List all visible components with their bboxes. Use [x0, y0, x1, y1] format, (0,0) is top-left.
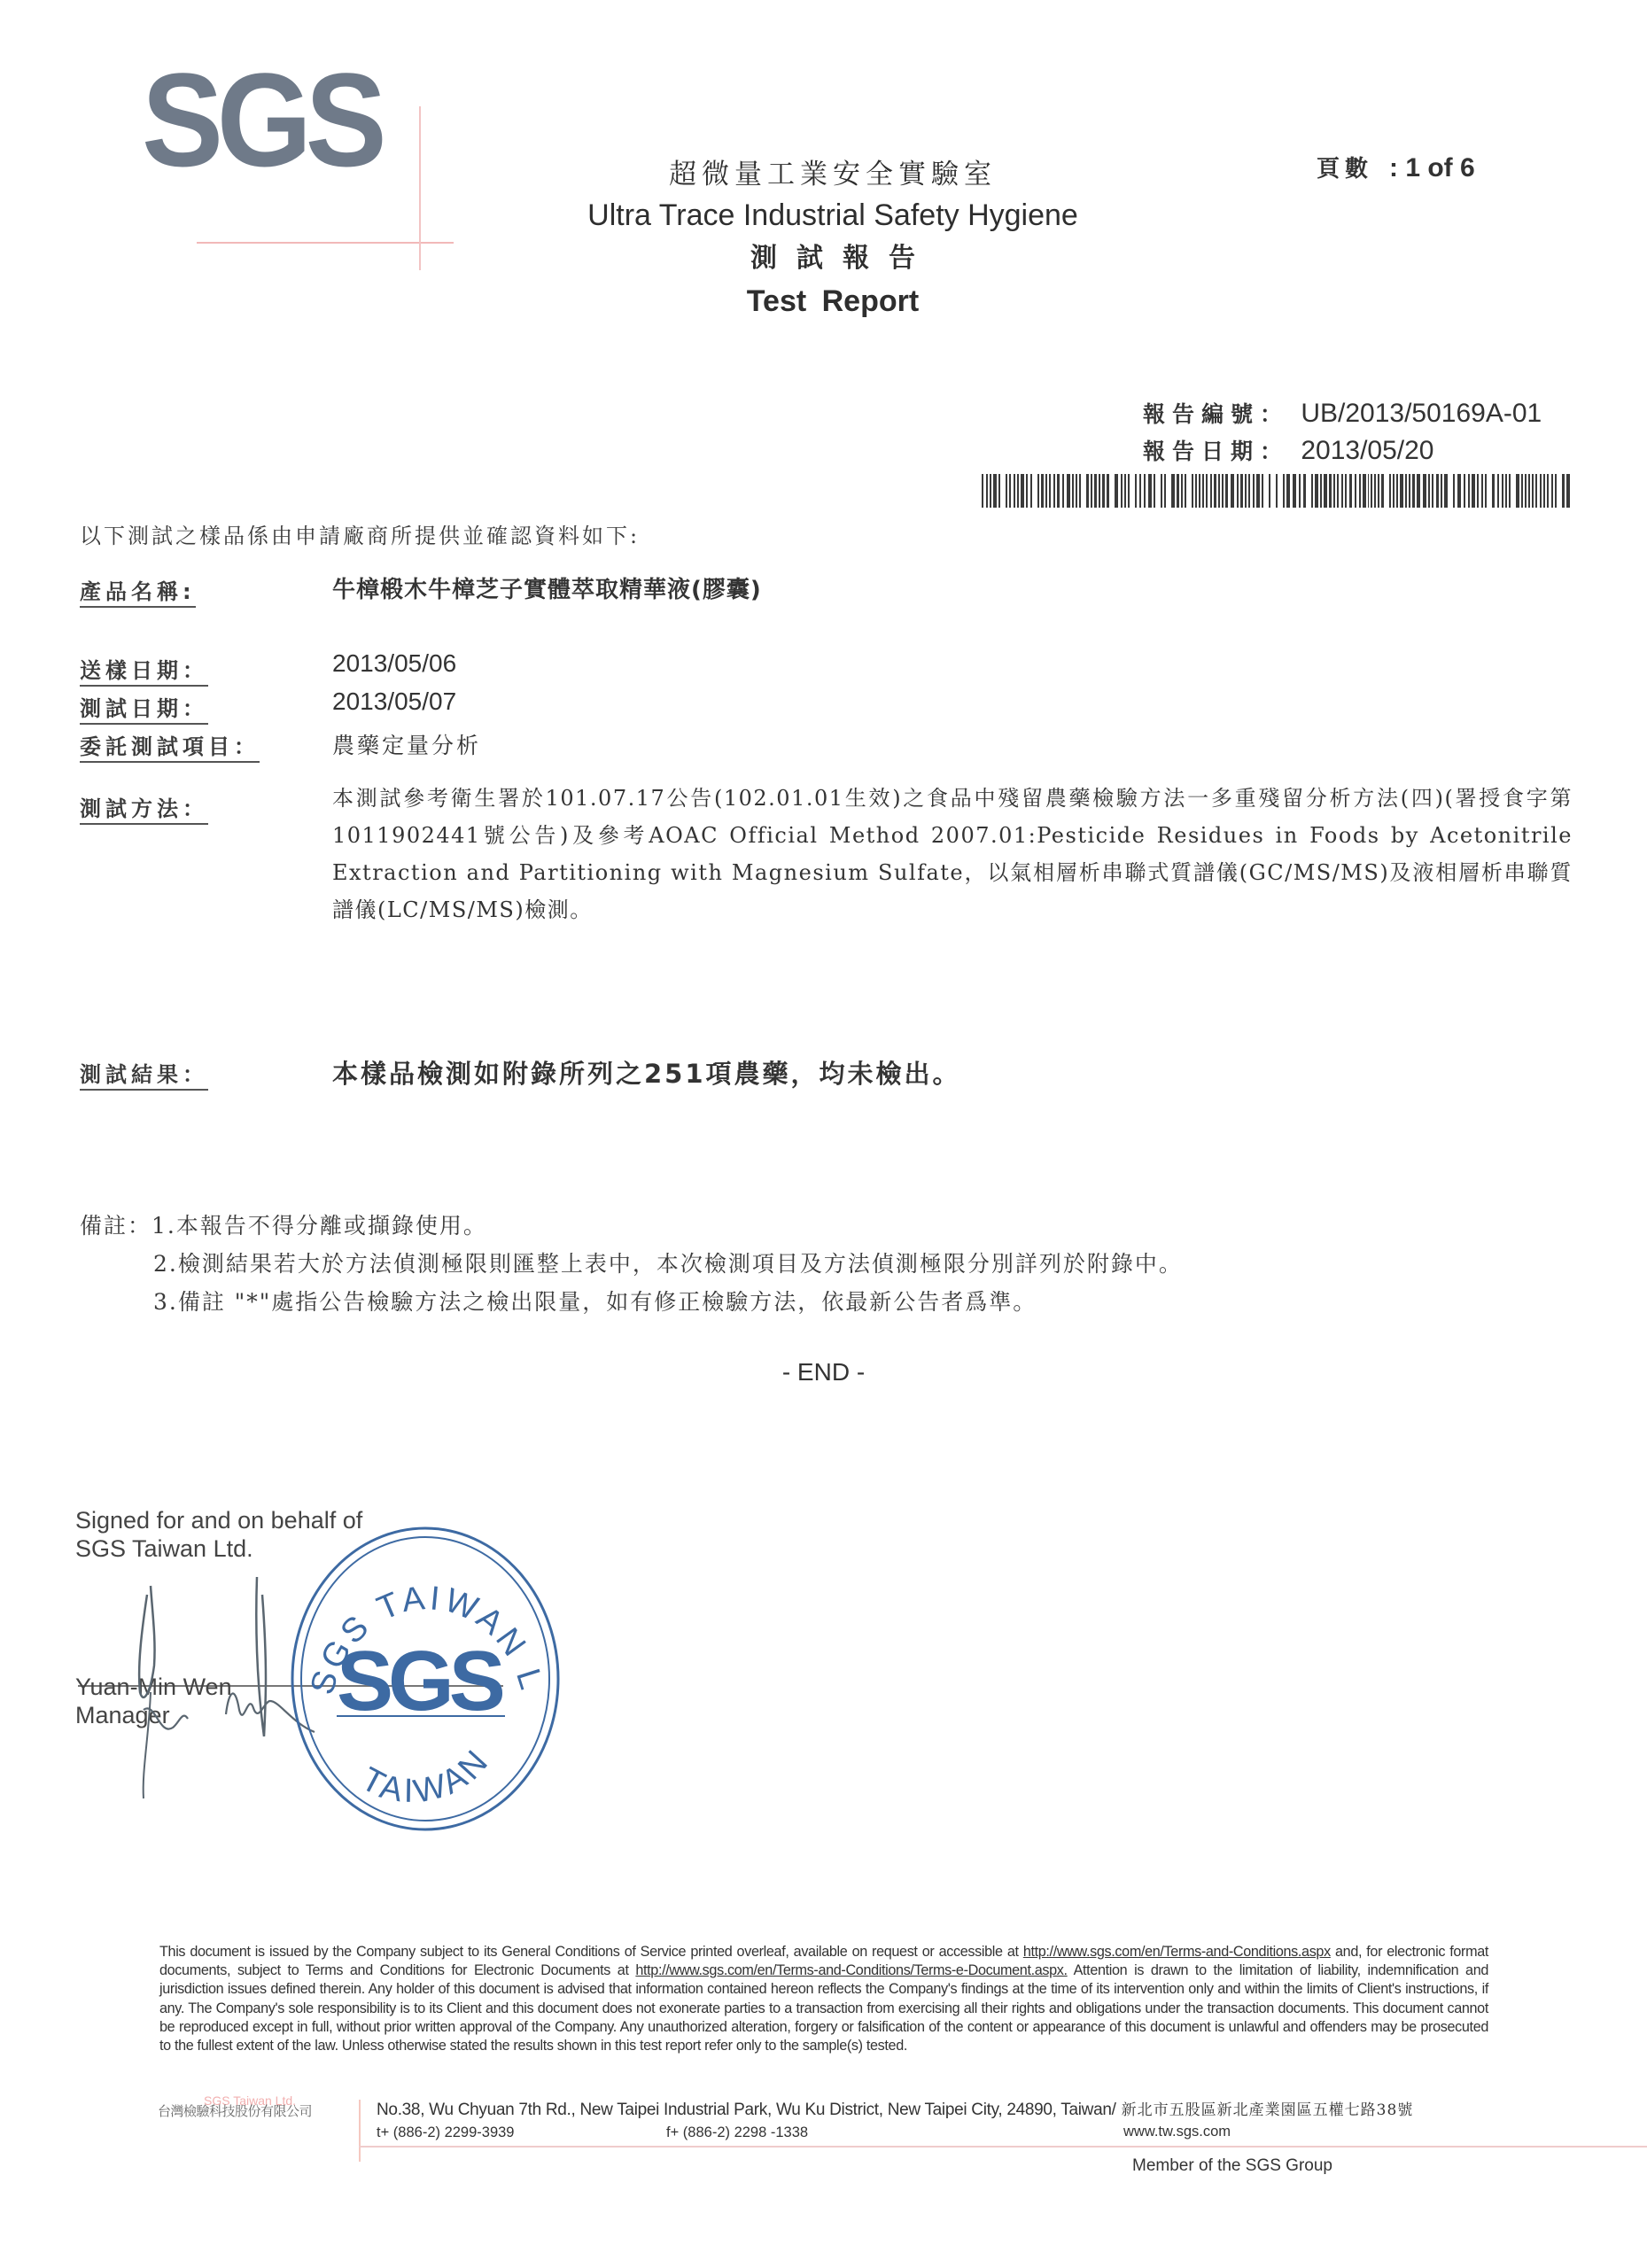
- barcode-bar: [1521, 474, 1523, 508]
- barcode-bar: [1009, 474, 1011, 508]
- barcode-bar: [1532, 474, 1534, 508]
- test-item-label: 委託測試項目：: [80, 729, 260, 763]
- barcode-bar: [982, 474, 983, 508]
- received-date-label: 送樣日期：: [80, 653, 208, 687]
- report-date: 報告日期： 2013/05/20: [1143, 434, 1434, 466]
- barcode-bar: [1436, 474, 1439, 508]
- barcode-bar: [1441, 474, 1442, 508]
- barcode-bar: [1094, 474, 1097, 508]
- barcode-bar: [1045, 474, 1047, 508]
- barcode-bar: [1555, 474, 1557, 508]
- barcode-bar: [1062, 474, 1064, 508]
- barcode-bar: [1453, 474, 1455, 508]
- barcode-bar: [1248, 474, 1250, 508]
- barcode-bar: [1374, 474, 1376, 508]
- barcode-bar: [1409, 474, 1410, 508]
- note-1-text: 1.本報告不得分離或擷錄使用。: [151, 1213, 487, 1239]
- intro-text: 以下測試之樣品係由申請廠商所提供並確認資料如下:: [80, 518, 640, 549]
- barcode-bar: [1262, 474, 1263, 508]
- barcode-bar: [1562, 474, 1565, 508]
- barcode-bar: [1324, 474, 1327, 508]
- barcode-bar: [1337, 474, 1339, 508]
- barcode-bar: [1086, 474, 1089, 508]
- disclaimer-part1: This document is issued by the Company s…: [159, 1944, 1023, 1960]
- logo-guide-line: [197, 242, 454, 244]
- barcode-bar: [1154, 474, 1155, 508]
- footer-address-zh: 新北市五股區新北產業園區五權七路38號: [1122, 2101, 1414, 2119]
- footer-divider-horizontal: [359, 2146, 1647, 2148]
- barcode-bar: [1303, 474, 1306, 508]
- barcode-bar: [1231, 474, 1234, 508]
- logo-guide-line-vertical: [419, 106, 421, 270]
- test-result-value: 本樣品檢測如附錄所列之251項農藥，均未檢出。: [332, 1054, 961, 1091]
- test-method-label: 測試方法：: [80, 791, 208, 825]
- test-date-label: 測試日期：: [80, 691, 208, 725]
- barcode-bar: [986, 474, 988, 508]
- barcode-bar: [1468, 474, 1470, 508]
- barcode-bar: [1400, 474, 1403, 508]
- barcode-bar: [1030, 474, 1032, 508]
- company-stamp: SGS TAIWAN LTD TAIWAN SGS: [284, 1519, 567, 1838]
- barcode-bar: [1329, 474, 1332, 508]
- barcode-bar: [1115, 474, 1118, 508]
- footer-company-zh: 台灣檢驗科技股份有限公司: [158, 2101, 312, 2120]
- footer-divider-vertical: [359, 2100, 361, 2162]
- barcode-bar: [1516, 474, 1519, 508]
- barcode-bar: [1363, 474, 1366, 508]
- lab-name-en: Ultra Trace Industrial Safety Hygiene: [532, 193, 1134, 237]
- barcode-bar: [1276, 474, 1278, 508]
- test-result-label: 測試結果：: [80, 1057, 208, 1091]
- end-marker: - END -: [0, 1358, 1647, 1386]
- barcode-bar: [1017, 474, 1019, 508]
- barcode-bar: [1206, 474, 1208, 508]
- barcode-bar: [1099, 474, 1100, 508]
- barcode-bar: [1177, 474, 1179, 508]
- test-item-value: 農藥定量分析: [332, 728, 481, 760]
- barcode-bar: [1349, 474, 1352, 508]
- barcode-bar: [1195, 474, 1197, 508]
- footer-address: No.38, Wu Chyuan 7th Rd., New Taipei Ind…: [377, 2097, 1413, 2120]
- barcode-bar: [1371, 474, 1372, 508]
- barcode-bar: [1341, 474, 1343, 508]
- footer-member-text: Member of the SGS Group: [1132, 2156, 1332, 2176]
- barcode-bar: [1428, 474, 1430, 508]
- footer-phone: t+ (886-2) 2299-3939: [377, 2124, 515, 2141]
- stamp-bottom-text: TAIWAN: [349, 1736, 503, 1823]
- barcode-bar: [1202, 474, 1204, 508]
- barcode-bar: [1067, 474, 1070, 508]
- doc-type-en: Test Report: [532, 280, 1134, 322]
- note-1: 備註：1.本報告不得分離或擷錄使用。: [80, 1207, 1183, 1245]
- sgs-logo: SGS: [142, 62, 381, 186]
- page-number-value: : 1 of 6: [1389, 153, 1475, 183]
- barcode-bar: [1128, 474, 1130, 508]
- barcode-bar: [1293, 474, 1296, 508]
- report-title-block: 超微量工業安全實驗室 Ultra Trace Industrial Safety…: [532, 156, 1134, 322]
- barcode-bar: [1299, 474, 1301, 508]
- received-date-value: 2013/05/06: [332, 649, 456, 678]
- barcode-bar: [1378, 474, 1379, 508]
- barcode-bar: [1543, 474, 1545, 508]
- test-method-value: 本測試參考衛生署於101.07.17公告(102.01.01生效)之食品中殘留農…: [332, 780, 1573, 928]
- barcode-bar: [1041, 474, 1044, 508]
- barcode-bar: [1528, 474, 1530, 508]
- legal-disclaimer: This document is issued by the Company s…: [159, 1943, 1488, 2055]
- barcode-bar: [1283, 474, 1285, 508]
- report-date-value: 2013/05/20: [1301, 436, 1433, 465]
- barcode-bar: [1057, 474, 1060, 508]
- barcode-bar: [1472, 474, 1475, 508]
- terms-link[interactable]: http://www.sgs.com/en/Terms-and-Conditio…: [1023, 1944, 1331, 1960]
- barcode-bar: [1079, 474, 1081, 508]
- svg-text:TAIWAN: TAIWAN: [349, 1736, 503, 1823]
- barcode-bar: [1359, 474, 1361, 508]
- barcode-bar: [1417, 474, 1420, 508]
- barcode-bar: [1053, 474, 1055, 508]
- barcode-bar: [1218, 474, 1220, 508]
- lab-name-zh: 超微量工業安全實驗室: [532, 156, 1134, 193]
- barcode-bar: [1199, 474, 1200, 508]
- barcode-bar: [1121, 474, 1123, 508]
- barcode-bar: [1026, 474, 1028, 508]
- sgs-logo-text: SGS: [142, 62, 380, 177]
- barcode-bar: [1185, 474, 1186, 508]
- barcode-bar: [1540, 474, 1542, 508]
- barcode-bar: [1192, 474, 1193, 508]
- page-number-label: 頁數: [1317, 156, 1373, 183]
- barcode-bar: [1286, 474, 1290, 508]
- barcode: [982, 474, 1575, 508]
- barcode-bar: [1225, 474, 1228, 508]
- barcode-bar: [1269, 474, 1270, 508]
- e-document-terms-link[interactable]: http://www.sgs.com/en/Terms-and-Conditio…: [635, 1962, 1067, 1978]
- barcode-bar: [1505, 474, 1507, 508]
- barcode-bar: [1381, 474, 1384, 508]
- barcode-bar: [1393, 474, 1395, 508]
- barcode-bar: [1457, 474, 1461, 508]
- barcode-bar: [1432, 474, 1433, 508]
- barcode-bar: [1492, 474, 1495, 508]
- report-number: 報告編號： UB/2013/50169A-01: [1143, 397, 1542, 429]
- barcode-bar: [1107, 474, 1110, 508]
- report-number-label: 報告編號：: [1143, 397, 1294, 429]
- barcode-bar: [1102, 474, 1105, 508]
- barcode-bar: [1345, 474, 1347, 508]
- barcode-bar: [1245, 474, 1247, 508]
- barcode-bar: [1412, 474, 1415, 508]
- barcode-bar: [1485, 474, 1487, 508]
- barcode-bar: [1210, 474, 1212, 508]
- note-2: 2.檢測結果若大於方法偵測極限則匯整上表中，本次檢測項目及方法偵測極限分別詳列於…: [80, 1245, 1183, 1283]
- barcode-bar: [1240, 474, 1243, 508]
- barcode-bar: [1181, 474, 1183, 508]
- barcode-bar: [1396, 474, 1398, 508]
- note-3: 3.備註 "*"處指公告檢驗方法之檢出限量，如有修正檢驗方法，依最新公告者爲準。: [80, 1283, 1183, 1321]
- barcode-bar: [1171, 474, 1175, 508]
- doc-type-zh: 測試報告: [551, 237, 1134, 280]
- barcode-bar: [1333, 474, 1335, 508]
- barcode-bar: [1423, 474, 1426, 508]
- barcode-bar: [1368, 474, 1370, 508]
- barcode-bar: [1525, 474, 1527, 508]
- product-name-value: 牛樟椴木牛樟芝子實體萃取精華液(膠囊): [332, 571, 762, 604]
- barcode-bar: [1405, 474, 1407, 508]
- stamp-center-text: SGS: [337, 1634, 503, 1728]
- barcode-bar: [1161, 474, 1162, 508]
- footer-website-link[interactable]: www.tw.sgs.com: [1123, 2124, 1231, 2140]
- footer-fax: f+ (886-2) 2298 -1338: [666, 2124, 808, 2141]
- barcode-bar: [1535, 474, 1537, 508]
- barcode-bar: [1311, 474, 1313, 508]
- page-number: 頁數: 1 of 6: [1317, 151, 1475, 183]
- barcode-bar: [1006, 474, 1007, 508]
- barcode-bar: [1497, 474, 1499, 508]
- barcode-bar: [1547, 474, 1549, 508]
- barcode-bar: [1072, 474, 1074, 508]
- notes: 備註：1.本報告不得分離或擷錄使用。 2.檢測結果若大於方法偵測極限則匯整上表中…: [80, 1207, 1183, 1321]
- barcode-bar: [1237, 474, 1239, 508]
- notes-prefix: 備註：: [80, 1213, 151, 1239]
- report-number-value: UB/2013/50169A-01: [1301, 399, 1542, 428]
- barcode-bar: [1021, 474, 1024, 508]
- barcode-bar: [1481, 474, 1483, 508]
- barcode-bar: [1320, 474, 1322, 508]
- report-date-label: 報告日期：: [1143, 434, 1294, 466]
- barcode-bar: [1014, 474, 1015, 508]
- footer-address-en: No.38, Wu Chyuan 7th Rd., New Taipei Ind…: [377, 2101, 1116, 2119]
- barcode-bar: [990, 474, 991, 508]
- barcode-bar: [1477, 474, 1479, 508]
- barcode-bar: [1315, 474, 1318, 508]
- barcode-bar: [998, 474, 1000, 508]
- barcode-bar: [1164, 474, 1166, 508]
- product-name-label: 產品名稱:: [80, 574, 196, 608]
- barcode-bar: [1551, 474, 1553, 508]
- barcode-bar: [1076, 474, 1077, 508]
- barcode-bar: [1214, 474, 1216, 508]
- barcode-bar: [1355, 474, 1356, 508]
- barcode-bar: [1091, 474, 1092, 508]
- barcode-bar: [1464, 474, 1465, 508]
- test-date-value: 2013/05/07: [332, 687, 456, 716]
- barcode-bar: [1037, 474, 1039, 508]
- barcode-bar: [1124, 474, 1126, 508]
- barcode-bar: [1144, 474, 1146, 508]
- barcode-bar: [1566, 474, 1570, 508]
- barcode-bar: [1135, 474, 1137, 508]
- barcode-bar: [1502, 474, 1503, 508]
- barcode-bar: [1389, 474, 1391, 508]
- barcode-bar: [1444, 474, 1448, 508]
- barcode-bar: [1049, 474, 1051, 508]
- barcode-bar: [1509, 474, 1511, 508]
- barcode-bar: [1253, 474, 1255, 508]
- barcode-bar: [1148, 474, 1152, 508]
- barcode-bar: [1256, 474, 1260, 508]
- barcode-bar: [1139, 474, 1141, 508]
- barcode-bar: [993, 474, 997, 508]
- barcode-bar: [1222, 474, 1224, 508]
